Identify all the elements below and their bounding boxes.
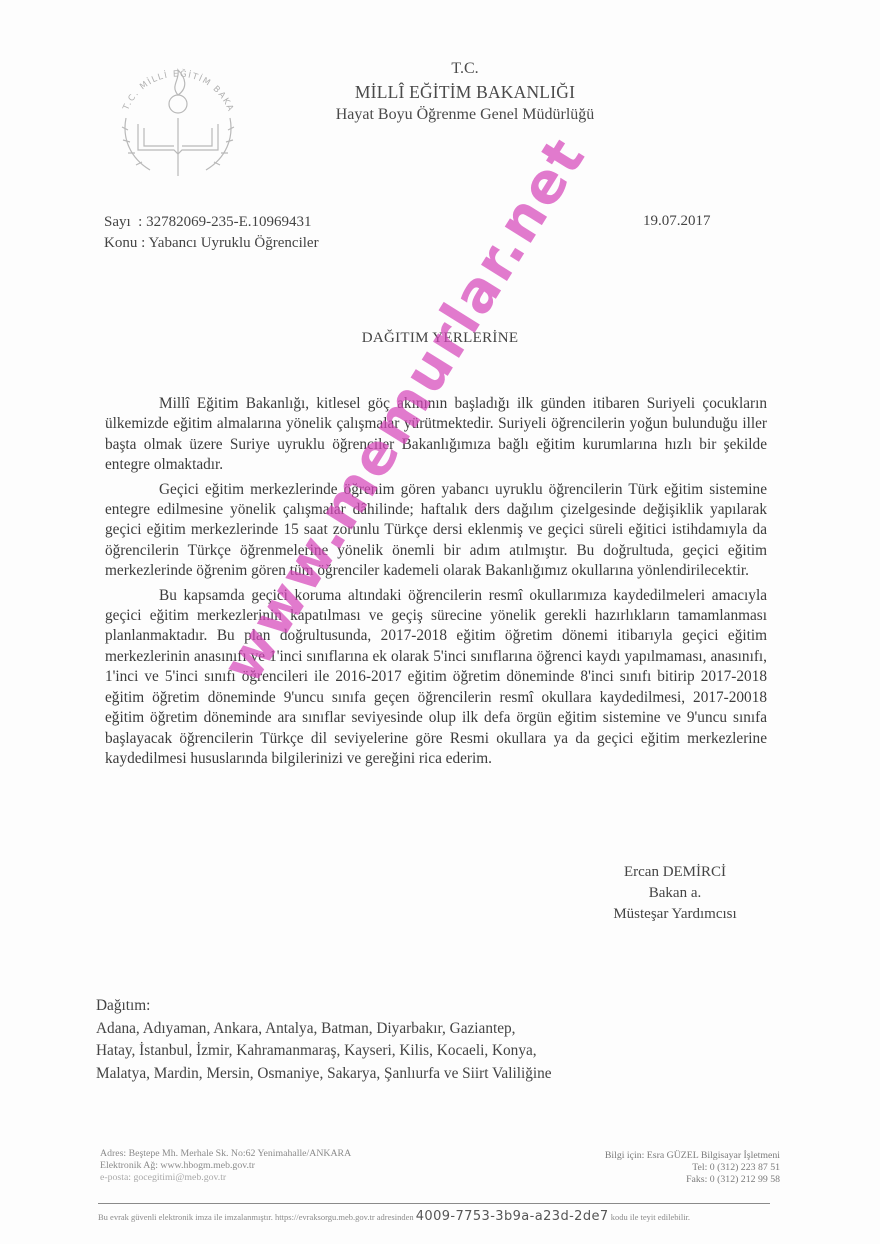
footer-contact-person: Bilgi için: Esra GÜZEL Bilgisayar İşletm… bbox=[560, 1150, 780, 1162]
document-meta: Sayı : 32782069-235-E.10969431 Konu : Ya… bbox=[104, 212, 319, 254]
footer-fax: Faks: 0 (312) 212 99 58 bbox=[560, 1174, 780, 1186]
document-subject: Konu : Yabancı Uyruklu Öğrenciler bbox=[104, 233, 319, 254]
footer-phone: Tel: 0 (312) 223 87 51 bbox=[560, 1162, 780, 1174]
letterhead-ministry: MİLLÎ EĞİTİM BAKANLIĞI bbox=[280, 80, 650, 104]
footer-address-block: Adres: Beştepe Mh. Merhale Sk. No:62 Yen… bbox=[100, 1148, 351, 1183]
verification-prefix: Bu evrak güvenli elektronik imza ile imz… bbox=[98, 1212, 414, 1222]
letterhead: T.C. MİLLÎ EĞİTİM BAKANLIĞI Hayat Boyu Ö… bbox=[280, 58, 650, 126]
body-paragraph: Geçici eğitim merkezlerinde öğrenim göre… bbox=[105, 480, 767, 582]
distribution-line: Malatya, Mardin, Mersin, Osmaniye, Sakar… bbox=[96, 1063, 552, 1086]
distribution-list: Dağıtım: Adana, Adıyaman, Ankara, Antaly… bbox=[96, 995, 552, 1085]
svg-text:T.C. MİLLİ EĞİTİM BAKANLIĞI: T.C. MİLLİ EĞİTİM BAKANLIĞI bbox=[108, 58, 236, 114]
verification-suffix: kodu ile teyit edilebilir. bbox=[611, 1212, 690, 1222]
footer-email-link[interactable]: e-posta: gocegitimi@meb.gov.tr bbox=[100, 1172, 351, 1184]
letterhead-department: Hayat Boyu Öğrenme Genel Müdürlüğü bbox=[280, 104, 650, 126]
footer-web-link[interactable]: Elektronik Ağ: www.hbogm.meb.gov.tr bbox=[100, 1160, 351, 1172]
document-date: 19.07.2017 bbox=[643, 213, 711, 230]
signature-block: Ercan DEMİRCİ Bakan a. Müsteşar Yardımcı… bbox=[580, 862, 770, 925]
number-label: Sayı bbox=[104, 214, 131, 230]
footer-address: Adres: Beştepe Mh. Merhale Sk. No:62 Yen… bbox=[100, 1148, 351, 1160]
verification-code: 4009-7753-3b9a-a23d-2de7 bbox=[416, 1209, 609, 1224]
footer-divider bbox=[98, 1203, 770, 1204]
signatory-title: Müsteşar Yardımcısı bbox=[580, 904, 770, 925]
distribution-label: Dağıtım: bbox=[96, 995, 552, 1018]
letterhead-country: T.C. bbox=[280, 58, 650, 80]
document-number: Sayı : 32782069-235-E.10969431 bbox=[104, 212, 319, 233]
letter-body: Millî Eğitim Bakanlığı, kitlesel göç akı… bbox=[105, 394, 767, 773]
subject-label: Konu bbox=[104, 235, 137, 251]
footer-contact-block: Bilgi için: Esra GÜZEL Bilgisayar İşletm… bbox=[560, 1150, 780, 1186]
ministry-seal-icon: T.C. MİLLİ EĞİTİM BAKANLIĞI bbox=[108, 58, 248, 183]
recipient-heading: DAĞITIM YERLERİNE bbox=[0, 330, 880, 347]
body-paragraph: Millî Eğitim Bakanlığı, kitlesel göç akı… bbox=[105, 394, 767, 476]
distribution-line: Adana, Adıyaman, Ankara, Antalya, Batman… bbox=[96, 1018, 552, 1041]
number-value: 32782069-235-E.10969431 bbox=[146, 214, 311, 230]
body-paragraph: Bu kapsamda geçici koruma altındaki öğre… bbox=[105, 586, 767, 770]
signatory-on-behalf: Bakan a. bbox=[580, 883, 770, 904]
distribution-line: Hatay, İstanbul, İzmir, Kahramanmaraş, K… bbox=[96, 1040, 552, 1063]
verification-line: Bu evrak güvenli elektronik imza ile imz… bbox=[98, 1209, 788, 1224]
signatory-name: Ercan DEMİRCİ bbox=[580, 862, 770, 883]
subject-value: Yabancı Uyruklu Öğrenciler bbox=[148, 235, 318, 251]
document-page: T.C. MİLLİ EĞİTİM BAKANLIĞI T.C. MİLLÎ E… bbox=[0, 0, 880, 1244]
